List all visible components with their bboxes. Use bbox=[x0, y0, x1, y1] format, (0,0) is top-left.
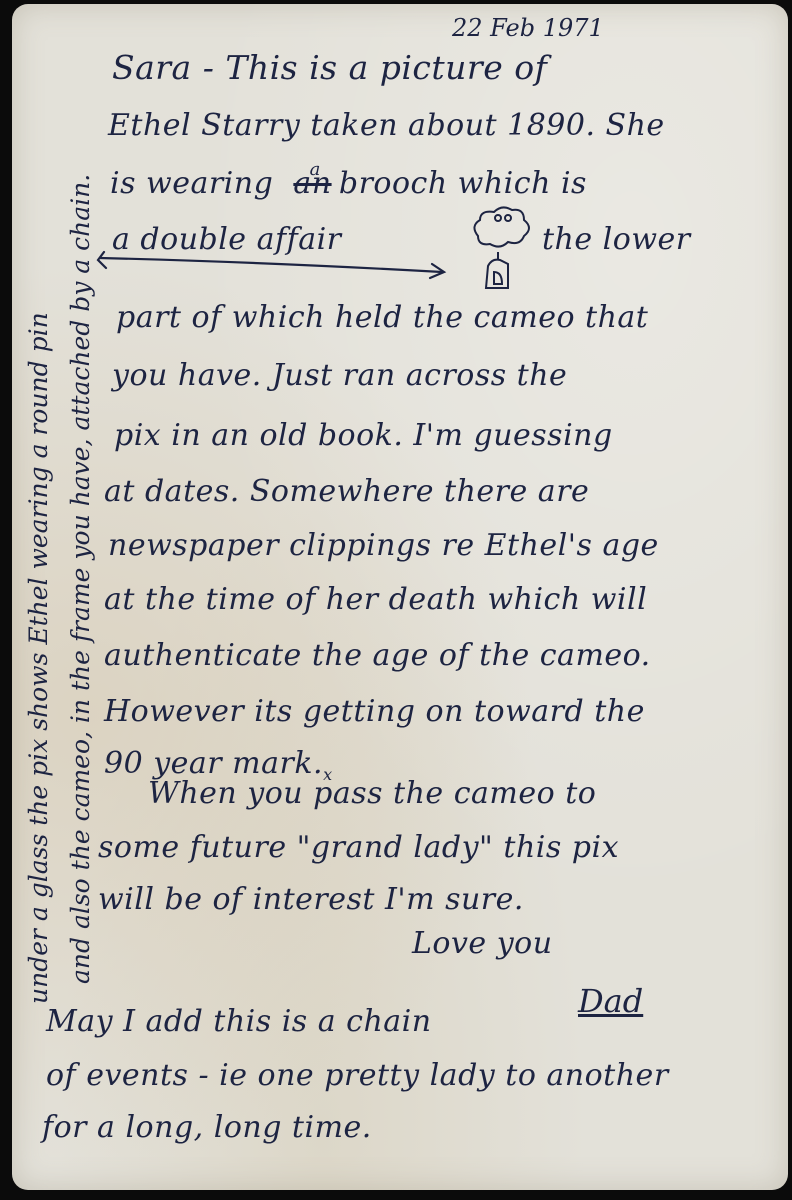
arrow-icon bbox=[98, 252, 444, 278]
round-pin-sketch-icon bbox=[474, 207, 529, 246]
cameo-sketch-icon bbox=[486, 252, 508, 288]
annotation-layer bbox=[12, 4, 788, 1190]
photo-card-back: 22 Feb 1971 Sara - This is a picture of … bbox=[12, 4, 788, 1190]
